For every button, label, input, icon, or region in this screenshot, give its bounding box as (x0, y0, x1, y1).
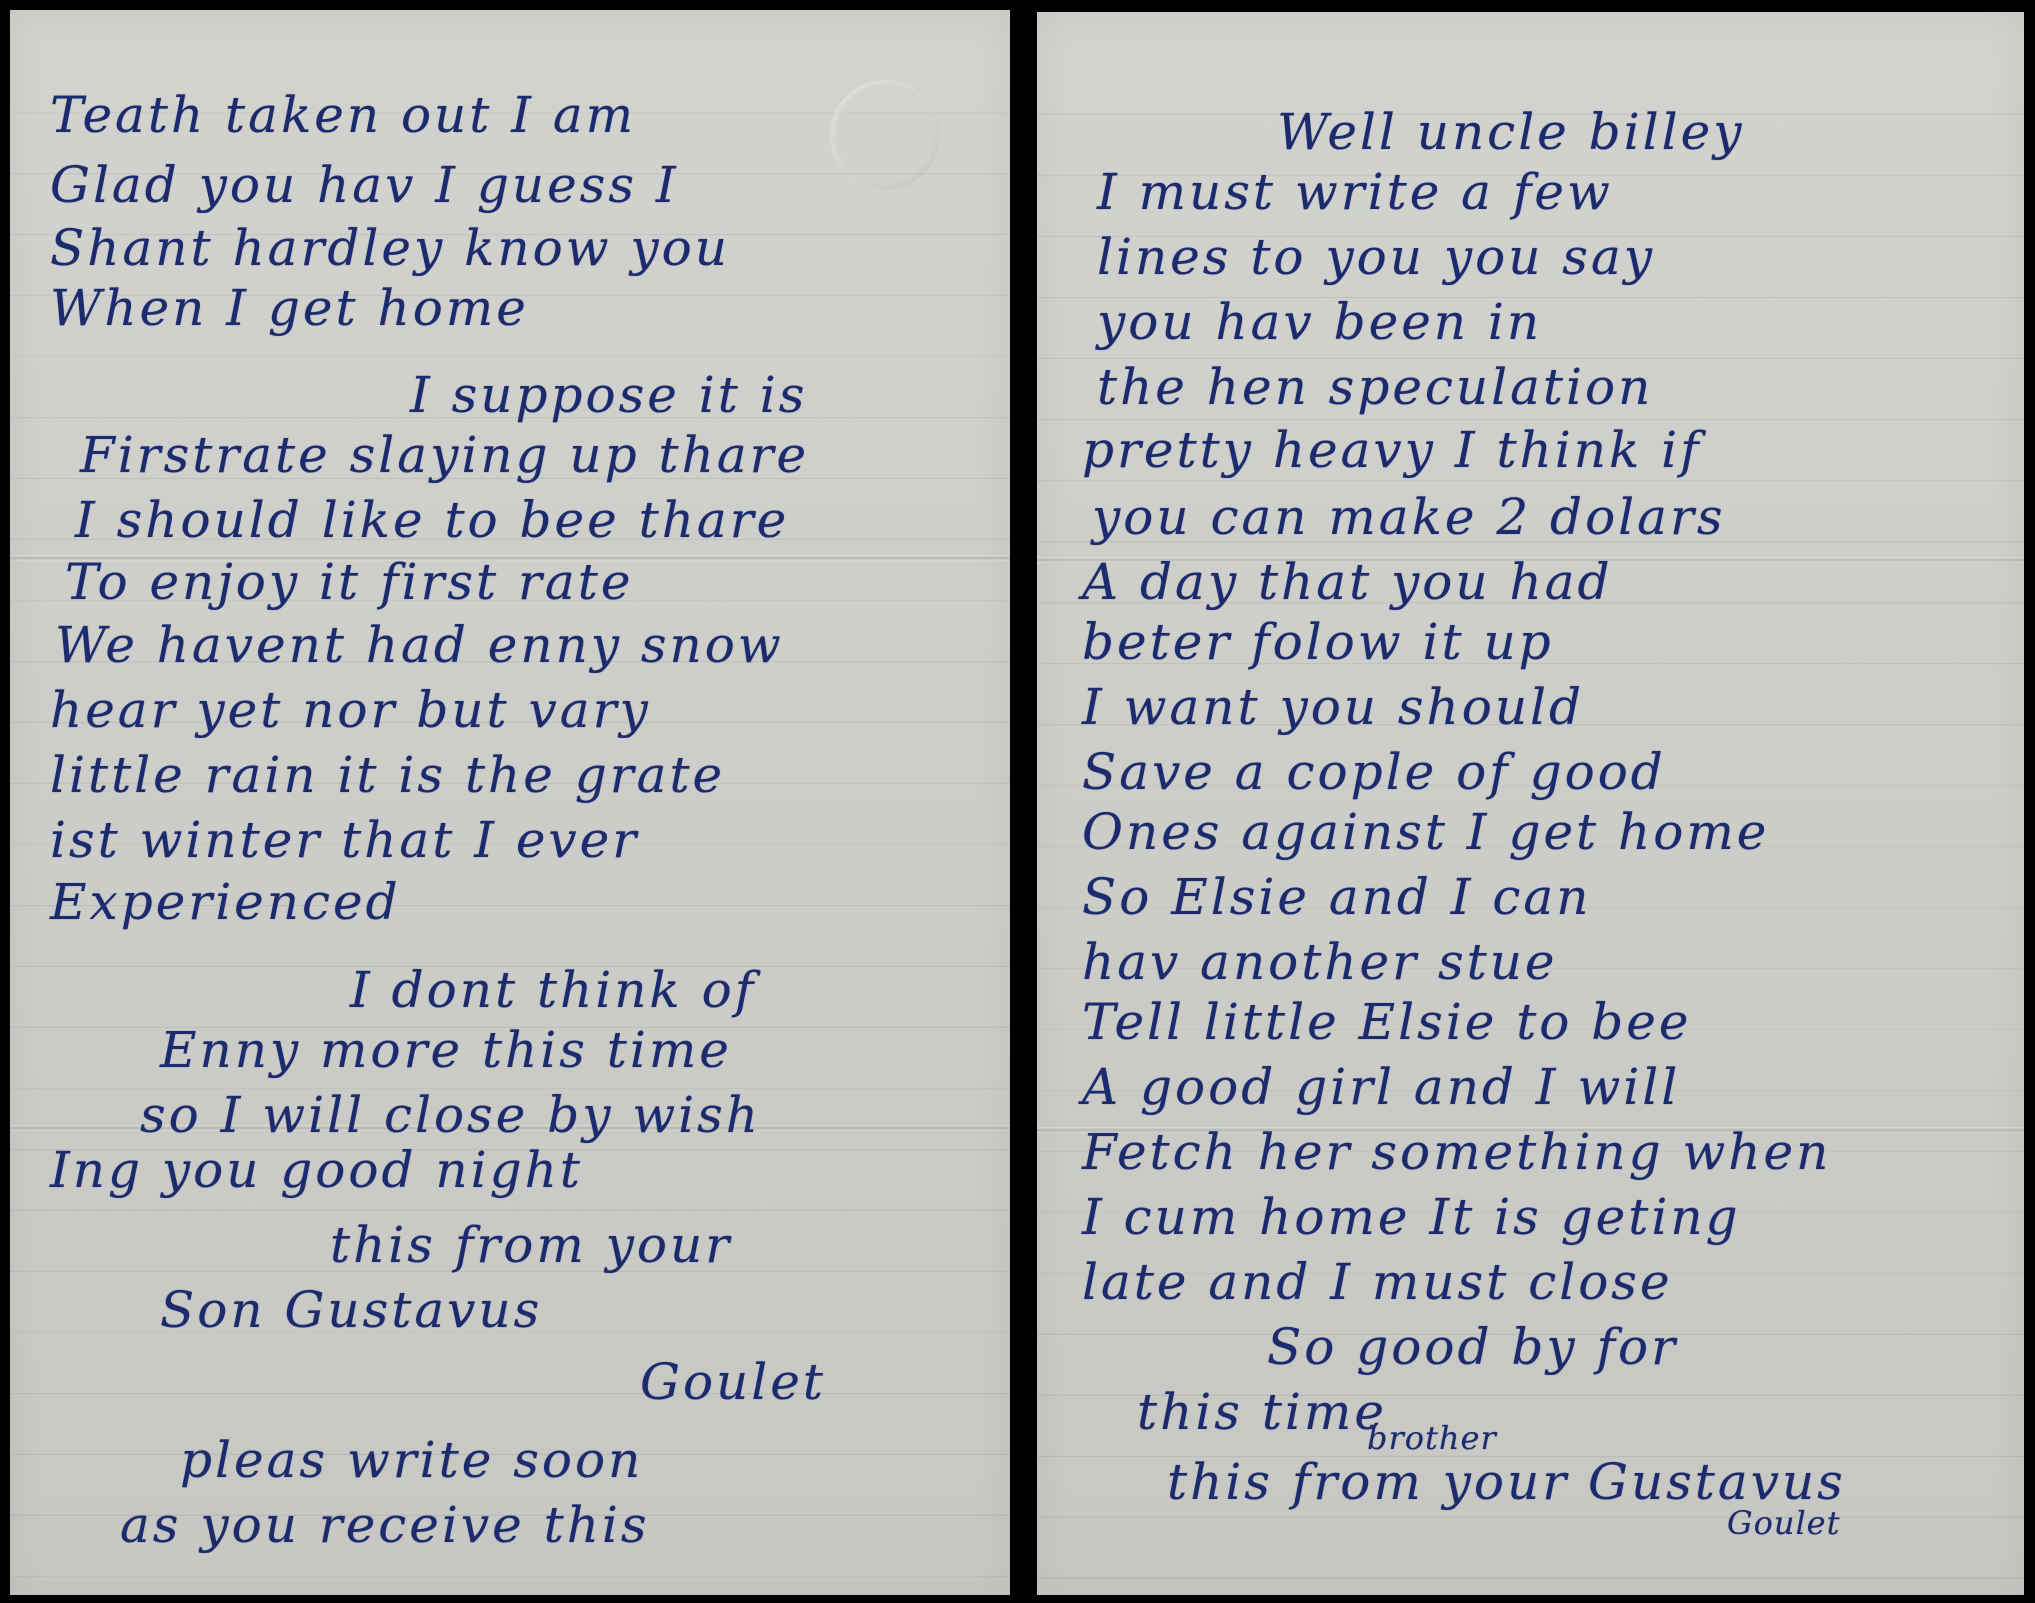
handwritten-line: Son Gustavus (160, 1285, 542, 1335)
handwritten-line: Goulet (640, 1357, 826, 1407)
handwritten-line: I want you should (1082, 682, 1584, 732)
letter-page-left: Teath taken out I amGlad you hav I guess… (10, 10, 1010, 1595)
handwritten-line: To enjoy it first rate (65, 557, 633, 607)
handwritten-line: the hen speculation (1097, 362, 1653, 412)
handwritten-line: Fetch her something when (1082, 1127, 1831, 1177)
handwritten-line: as you receive this (120, 1500, 650, 1550)
handwritten-line: late and I must close (1082, 1257, 1673, 1307)
handwritten-line: pretty heavy I think if (1082, 425, 1702, 475)
handwritten-line: so I will close by wish (140, 1090, 761, 1140)
handwritten-line: hear yet nor but vary (50, 685, 651, 735)
handwritten-line: this time (1137, 1387, 1387, 1437)
handwritten-line: I suppose it is (410, 370, 807, 420)
handwritten-line: Shant hardley know you (50, 223, 730, 273)
handwritten-line: pleas write soon (180, 1435, 643, 1485)
handwritten-line: Enny more this time (160, 1025, 732, 1075)
handwritten-line: Ing you good night (50, 1145, 583, 1195)
handwritten-line: So good by for (1267, 1322, 1678, 1372)
handwritten-line: little rain it is the grate (50, 750, 725, 800)
handwritten-line: A day that you had (1082, 557, 1613, 607)
handwritten-line: Save a cople of good (1082, 747, 1666, 797)
handwritten-line: Well uncle billey (1277, 107, 1744, 157)
letter-page-right: Well uncle billeyI must write a fewlines… (1037, 12, 2024, 1595)
handwritten-line: brother (1367, 1422, 1497, 1454)
handwritten-line: So Elsie and I can (1082, 872, 1591, 922)
handwritten-line: I cum home It is geting (1082, 1192, 1741, 1242)
handwritten-line: Firstrate slaying up thare (80, 430, 809, 480)
handwritten-line: We havent had enny snow (55, 620, 784, 670)
handwritten-line: Ones against I get home (1082, 807, 1769, 857)
handwritten-line: beter folow it up (1082, 617, 1554, 667)
handwritten-line: you hav been in (1097, 297, 1542, 347)
handwritten-line: I must write a few (1097, 167, 1613, 217)
handwritten-line: Goulet (1727, 1507, 1840, 1539)
handwritten-line: Tell little Elsie to bee (1082, 997, 1691, 1047)
handwritten-line: lines to you you say (1097, 232, 1655, 282)
handwritten-line: ist winter that I ever (50, 815, 639, 865)
handwritten-line: A good girl and I will (1082, 1062, 1680, 1112)
handwritten-line: this from your Gustavus (1167, 1457, 1846, 1507)
handwritten-line: I dont think of (350, 965, 756, 1015)
handwritten-line: Experienced (50, 877, 401, 927)
handwritten-line: you can make 2 dolars (1092, 492, 1726, 542)
handwritten-line: Teath taken out I am (50, 90, 636, 140)
handwritten-line: I should like to bee thare (75, 495, 789, 545)
handwritten-line: When I get home (50, 283, 529, 333)
handwritten-line: this from your (330, 1220, 732, 1270)
handwritten-line: hav another stue (1082, 937, 1558, 987)
embossed-seal-icon (830, 80, 940, 190)
handwritten-line: Glad you hav I guess I (50, 160, 679, 210)
